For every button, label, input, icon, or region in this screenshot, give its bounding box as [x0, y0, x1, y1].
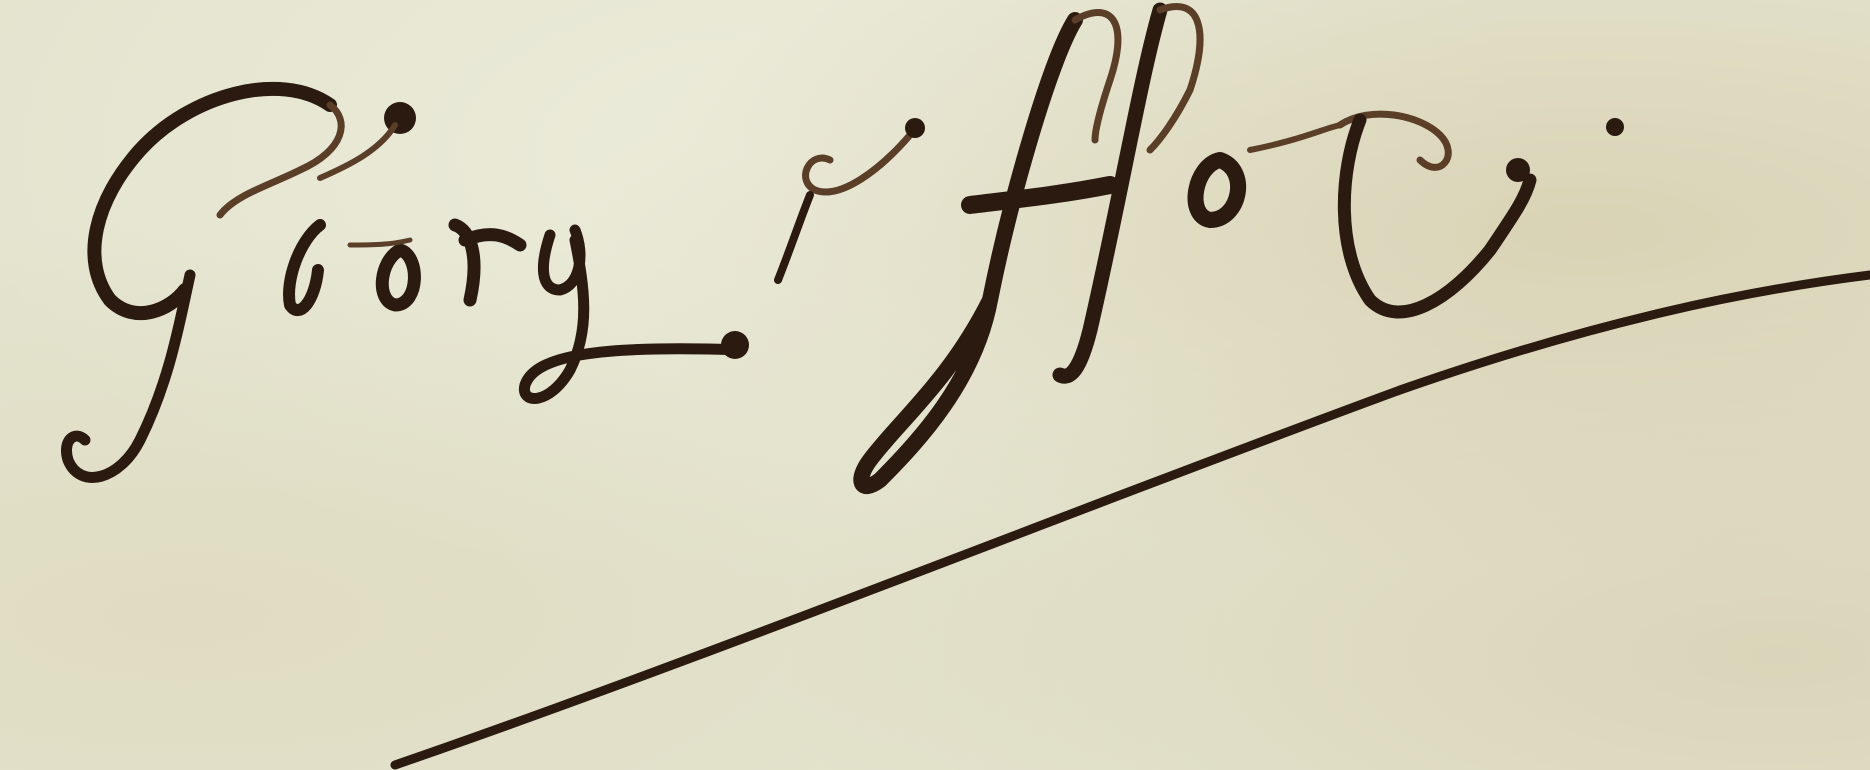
letter-o-fox	[1196, 160, 1239, 220]
letter-o	[382, 250, 414, 305]
letter-g	[524, 230, 740, 399]
parchment-background: George ffox	[0, 0, 1870, 770]
letter-e-final	[806, 135, 910, 192]
letter-r	[455, 225, 520, 300]
letter-e	[289, 225, 320, 310]
signature-drawing	[0, 0, 1870, 770]
letter-ff	[861, 20, 1075, 486]
